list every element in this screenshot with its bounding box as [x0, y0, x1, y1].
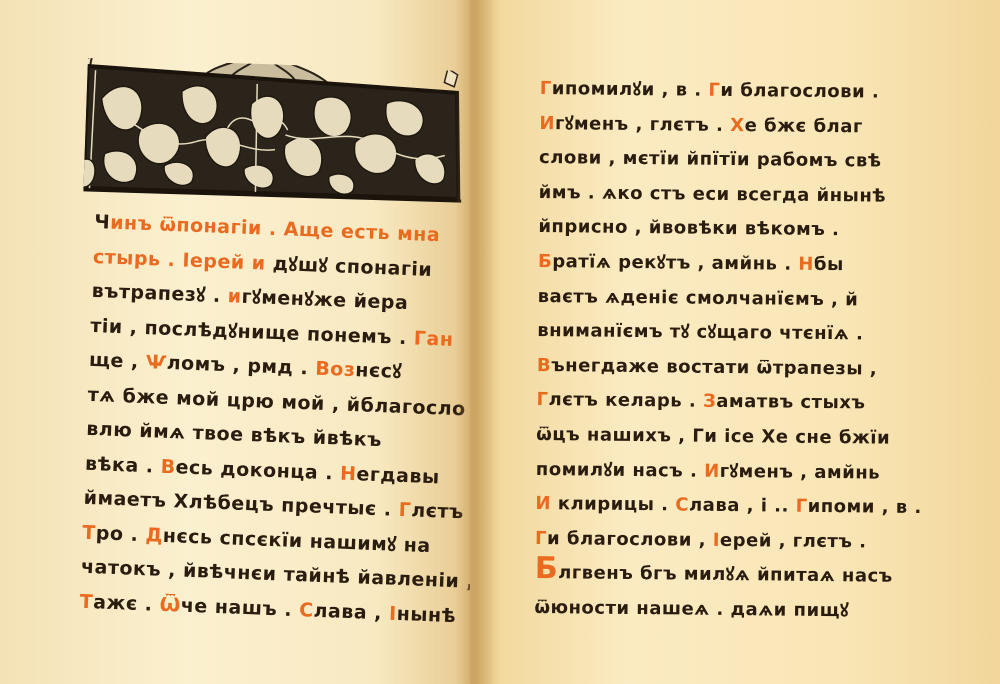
- ink-text: ънегдаже востати ѿтрапезы ,: [551, 355, 877, 379]
- ink-text: дꙋшꙋ спонагіи: [265, 252, 432, 280]
- right-page-text: Гипомилꙋи , в . Ги благослови .Игꙋменъ ,…: [534, 72, 960, 630]
- ink-text: и благослови ,: [547, 528, 713, 551]
- ink-text: е бжє благ: [745, 115, 863, 137]
- ink-text: йприсно , йвовѣки вѣкомъ .: [538, 216, 839, 240]
- ink-text: влю ймѧ твое вѣкъ йвѣкъ: [86, 418, 382, 451]
- text-line: ваєтъ ѧденіє смолчанїємъ , й: [537, 280, 957, 319]
- ink-text: ратїѧ рекꙋтъ , амйнь .: [552, 251, 798, 275]
- rubric-text: З: [703, 391, 717, 412]
- rubric-text: и: [227, 285, 242, 308]
- rubric-text: Х: [730, 115, 745, 136]
- rubric-text: В: [537, 355, 551, 376]
- rubric-text: Ѿ: [159, 593, 181, 616]
- ink-text: вътрапезꙋ .: [91, 280, 228, 307]
- ink-text: ще ,: [89, 349, 147, 373]
- text-line: Ги благослови , Іерей , глєтъ .: [535, 522, 955, 561]
- ink-text: гꙋменъ , амйнь: [720, 460, 881, 483]
- text-line: йприсно , йвовѣки вѣкомъ .: [538, 210, 958, 249]
- rubric-text: инъ ѿпонагіи .: [110, 212, 277, 240]
- rubric-text: В: [160, 455, 176, 478]
- ink-text: есь доконца .: [175, 456, 340, 484]
- text-line: слови , мєтїи йпїтїи рабомъ свѣ: [539, 141, 959, 180]
- ink-text: ваєтъ ѧденіє смолчанїємъ , й: [538, 286, 859, 310]
- ink-text: ймаетъ Хлѣбецъ пречтыє .: [83, 487, 399, 521]
- text-line: Вънегдаже востати ѿтрапезы ,: [537, 349, 957, 388]
- rubric-text: Г: [796, 496, 808, 517]
- ink-text: ерей , глєтъ .: [720, 530, 867, 553]
- ink-text: слови , мєтїи йпїтїи рабомъ свѣ: [539, 147, 882, 172]
- text-line: Гипомилꙋи , в . Ги благослови .: [540, 72, 960, 111]
- rubric-text: С: [675, 495, 689, 516]
- rubric-text: Н: [798, 254, 814, 275]
- ink-text: аматвъ стыхъ: [716, 391, 865, 414]
- ink-text: и благослови .: [720, 80, 879, 103]
- ink-text: лєтъ келарь .: [548, 389, 703, 412]
- rubric-text: Д: [145, 524, 163, 547]
- rubric-text: Г: [540, 78, 552, 99]
- ink-text: лава ,: [313, 599, 389, 624]
- ink-text: ипоми , в .: [808, 496, 922, 518]
- ink-text: лєтъ: [411, 499, 464, 523]
- rubric-text: Г: [536, 389, 548, 410]
- ink-text: ймъ . ѧко стъ еси всегда йнынѣ: [539, 182, 887, 207]
- text-line: ѿцъ нашихъ , Ги ісе Хе сне бжїи: [536, 418, 956, 457]
- text-line: Игꙋменъ , глєтъ . Хе бжє благ: [539, 107, 959, 146]
- ink-text: гꙋменꙋже йера: [241, 286, 409, 314]
- rubric-text: Н: [340, 462, 357, 485]
- ink-text: нынѣ: [396, 602, 456, 626]
- rubric-text: стырь .: [93, 245, 176, 270]
- ink-text: ро .: [95, 522, 145, 546]
- rubric-text: Г: [398, 499, 411, 521]
- ink-text: ажє .: [93, 591, 160, 616]
- ink-text: лгвенъ бгъ милꙋѧ йпитаѧ насъ: [558, 563, 893, 588]
- rubric-text: Г: [535, 528, 547, 549]
- rubric-text: И: [539, 113, 555, 134]
- rubric-text: Іерей и: [182, 249, 266, 274]
- book-spread-photo: Чинъ ѿпонагіи . Аще есть мнастырь . Іере…: [0, 0, 1000, 684]
- left-page-text: Чинъ ѿпонагіи . Аще есть мнастырь . Іере…: [79, 205, 485, 634]
- ink-text: вниманїємъ тꙋ сꙋщаго чтєнїѧ .: [537, 320, 863, 344]
- text-line: вниманїємъ тꙋ сꙋщаго чтєнїѧ .: [537, 314, 957, 353]
- ink-text: нєсꙋ: [355, 359, 402, 383]
- rubric-text: Б: [538, 251, 552, 272]
- ink-text: ломъ , рмд .: [166, 352, 315, 380]
- rubric-text: Ган: [413, 327, 453, 351]
- ink-text: че нашъ .: [180, 594, 299, 621]
- rubric-text: И: [704, 460, 720, 481]
- rubric-text: С: [299, 599, 314, 622]
- text-line: И клирицы . Слава , і .. Гипоми , в .: [535, 487, 955, 526]
- rubric-text: Аще есть мна: [283, 218, 440, 246]
- text-line: Глєтъ келарь . Заматвъ стыхъ: [536, 383, 956, 422]
- ink-text: егдавы: [356, 463, 440, 488]
- rubric-text: Г: [708, 80, 720, 101]
- text-line: Братїѧ рекꙋтъ , амйнь . Нбы: [538, 245, 958, 284]
- ink-text: Ч: [94, 211, 111, 234]
- ink-text: ѿюности нашеѧ . даѧи пищꙋ: [534, 597, 849, 621]
- ink-text: вѣка .: [85, 452, 161, 477]
- rubric-text: Ѱ: [145, 351, 167, 374]
- text-line: ймъ . ѧко стъ еси всегда йнынѣ: [539, 176, 959, 215]
- ornamental-headpiece-icon: [83, 58, 468, 211]
- ink-text: помилꙋи насъ .: [536, 459, 705, 482]
- ink-text: ѿцъ нашихъ , Ги ісе Хе сне бжїи: [536, 424, 890, 449]
- ink-text: нєсь спсєкїи нашимꙋ на: [162, 524, 431, 556]
- text-line: Блгвенъ бгъ милꙋѧ йпитаѧ насъ: [535, 556, 955, 595]
- ink-text: бы: [814, 254, 844, 275]
- rubric-text: Воз: [315, 358, 356, 382]
- left-page: Чинъ ѿпонагіи . Аще есть мнастырь . Іере…: [0, 0, 470, 684]
- ink-text: тіи , послѣдꙋнище понемъ .: [90, 314, 414, 348]
- rubric-text: Б: [535, 551, 559, 586]
- text-line: ѿюности нашеѧ . даѧи пищꙋ: [534, 591, 954, 630]
- ink-text: гꙋменъ , глєтъ .: [555, 113, 730, 136]
- ink-text: ипомилꙋи , в .: [552, 78, 709, 101]
- ink-text: лава , і ..: [689, 495, 796, 517]
- ink-text: клирицы .: [551, 493, 675, 515]
- rubric-text: И: [535, 493, 551, 514]
- text-line: помилꙋи насъ . Игꙋменъ , амйнь: [536, 453, 956, 492]
